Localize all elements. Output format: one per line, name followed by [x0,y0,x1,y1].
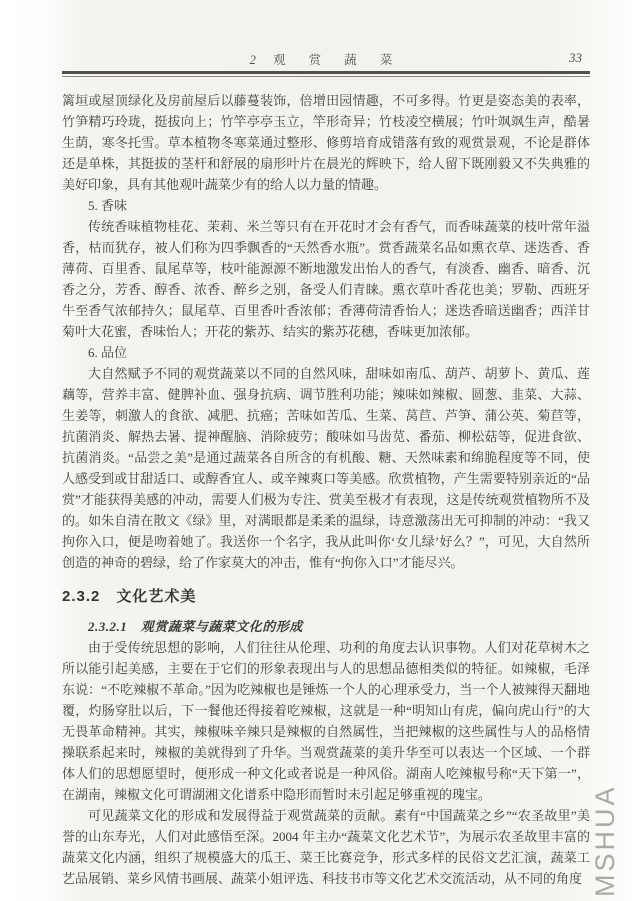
chapter-number: 2 [250,53,256,67]
page-number: 33 [569,50,582,66]
header-rule-thin-line [62,76,590,77]
header-rule [62,71,590,77]
paragraph: 大自然赋予不同的观赏蔬菜以不同的自然风味，甜味如南瓜、葫芦、胡萝卜、黄瓜、莲藕等… [62,363,590,573]
subsection-heading: 2.3.2.1 观赏蔬菜与蔬菜文化的形成 [62,616,590,637]
running-head: 2 观 赏 蔬 菜 [62,50,590,68]
paragraph: 由于受传统思想的影响，人们往往从伦理、功利的角度去认识事物。人们对花草树木之所以… [62,637,590,805]
header-rule-thick-line [62,71,590,74]
paragraph: 传统香味植物桂花、茉莉、米兰等只有在开花时才会有香气，而香味蔬菜的枝叶常年溢香，… [62,216,590,342]
scanned-book-page: 2 观 赏 蔬 菜 33 篱垣或屋顶绿化及房前屋后以藤蔓装饰，倍增田园情趣，不可… [0,0,632,901]
item-heading: 5. 香味 [62,195,590,216]
page-content: 篱垣或屋顶绿化及房前屋后以藤蔓装饰，倍增田园情趣，不可多得。竹更是姿态美的表率，… [62,90,590,889]
chapter-title: 观 赏 蔬 菜 [273,53,402,67]
item-heading: 6. 品位 [62,342,590,363]
section-heading: 2.3.2 文化艺术美 [62,586,590,607]
paragraph: 可见蔬菜文化的形成和发展得益于观赏蔬菜的贡献。素有“中国蔬菜之乡”“农圣故里”美… [62,805,590,889]
watermark-text: MSHUA [590,747,620,897]
paragraph: 篱垣或屋顶绿化及房前屋后以藤蔓装饰，倍增田园情趣，不可多得。竹更是姿态美的表率，… [62,90,590,195]
page-header: 2 观 赏 蔬 菜 33 [62,50,590,68]
